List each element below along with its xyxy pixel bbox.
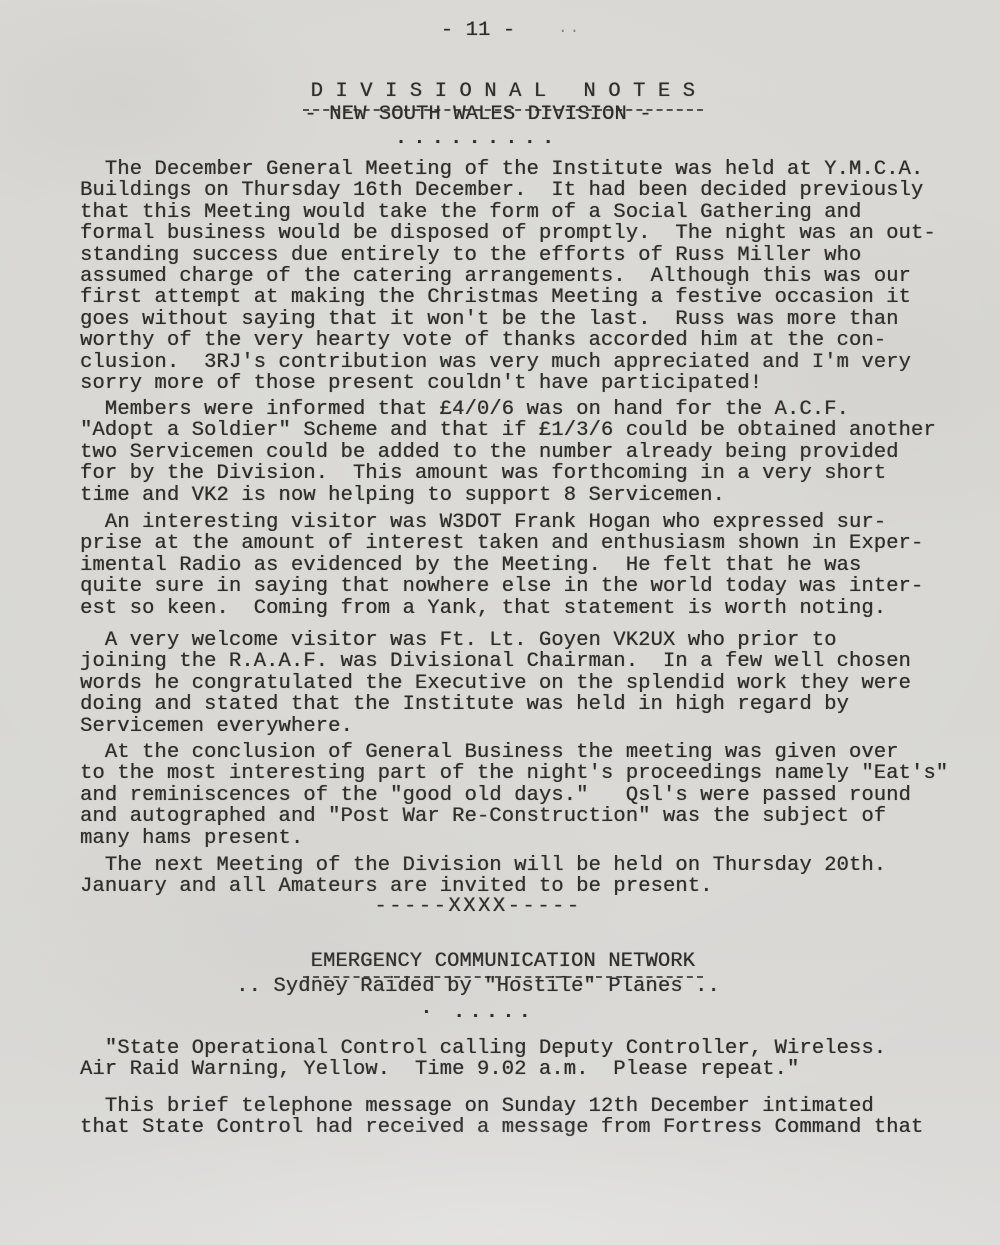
paragraph-telephone-message: This brief telephone message on Sunday 1…: [80, 1096, 923, 1139]
section-heading-nsw: - NEW SOUTH WALES DIVISION -: [28, 104, 928, 125]
scanned-document-page: - 11 - ·· D I V I S I O N A L N O T E S …: [0, 0, 1000, 1245]
paragraph-visitor-vk2ux: A very welcome visitor was Ft. Lt. Goyen…: [80, 630, 911, 737]
paragraph-december-meeting: The December General Meeting of the Inst…: [80, 159, 936, 394]
page-number-smudge: ··: [558, 22, 581, 40]
section-heading-ecn: EMERGENCY COMMUNICATION NETWORK: [303, 951, 703, 977]
paragraph-control-quote: "State Operational Control calling Deput…: [80, 1038, 886, 1081]
dots-separator: .........: [28, 128, 928, 149]
paragraph-next-meeting: The next Meeting of the Division will be…: [80, 855, 886, 898]
paragraph-general-business: At the conclusion of General Business th…: [80, 742, 948, 849]
dots-separator-2: · .....: [28, 1002, 928, 1023]
subheading-sydney-raided: .. Sydney Raided by "Hostile" Planes ..: [28, 976, 928, 997]
paragraph-visitor-w3dot: An interesting visitor was W3DOT Frank H…: [80, 512, 923, 619]
page-number: - 11 -: [28, 20, 928, 41]
xxxx-divider: -----XXXX-----: [28, 896, 928, 917]
paragraph-adopt-a-soldier: Members were informed that £4/0/6 was on…: [80, 399, 936, 506]
